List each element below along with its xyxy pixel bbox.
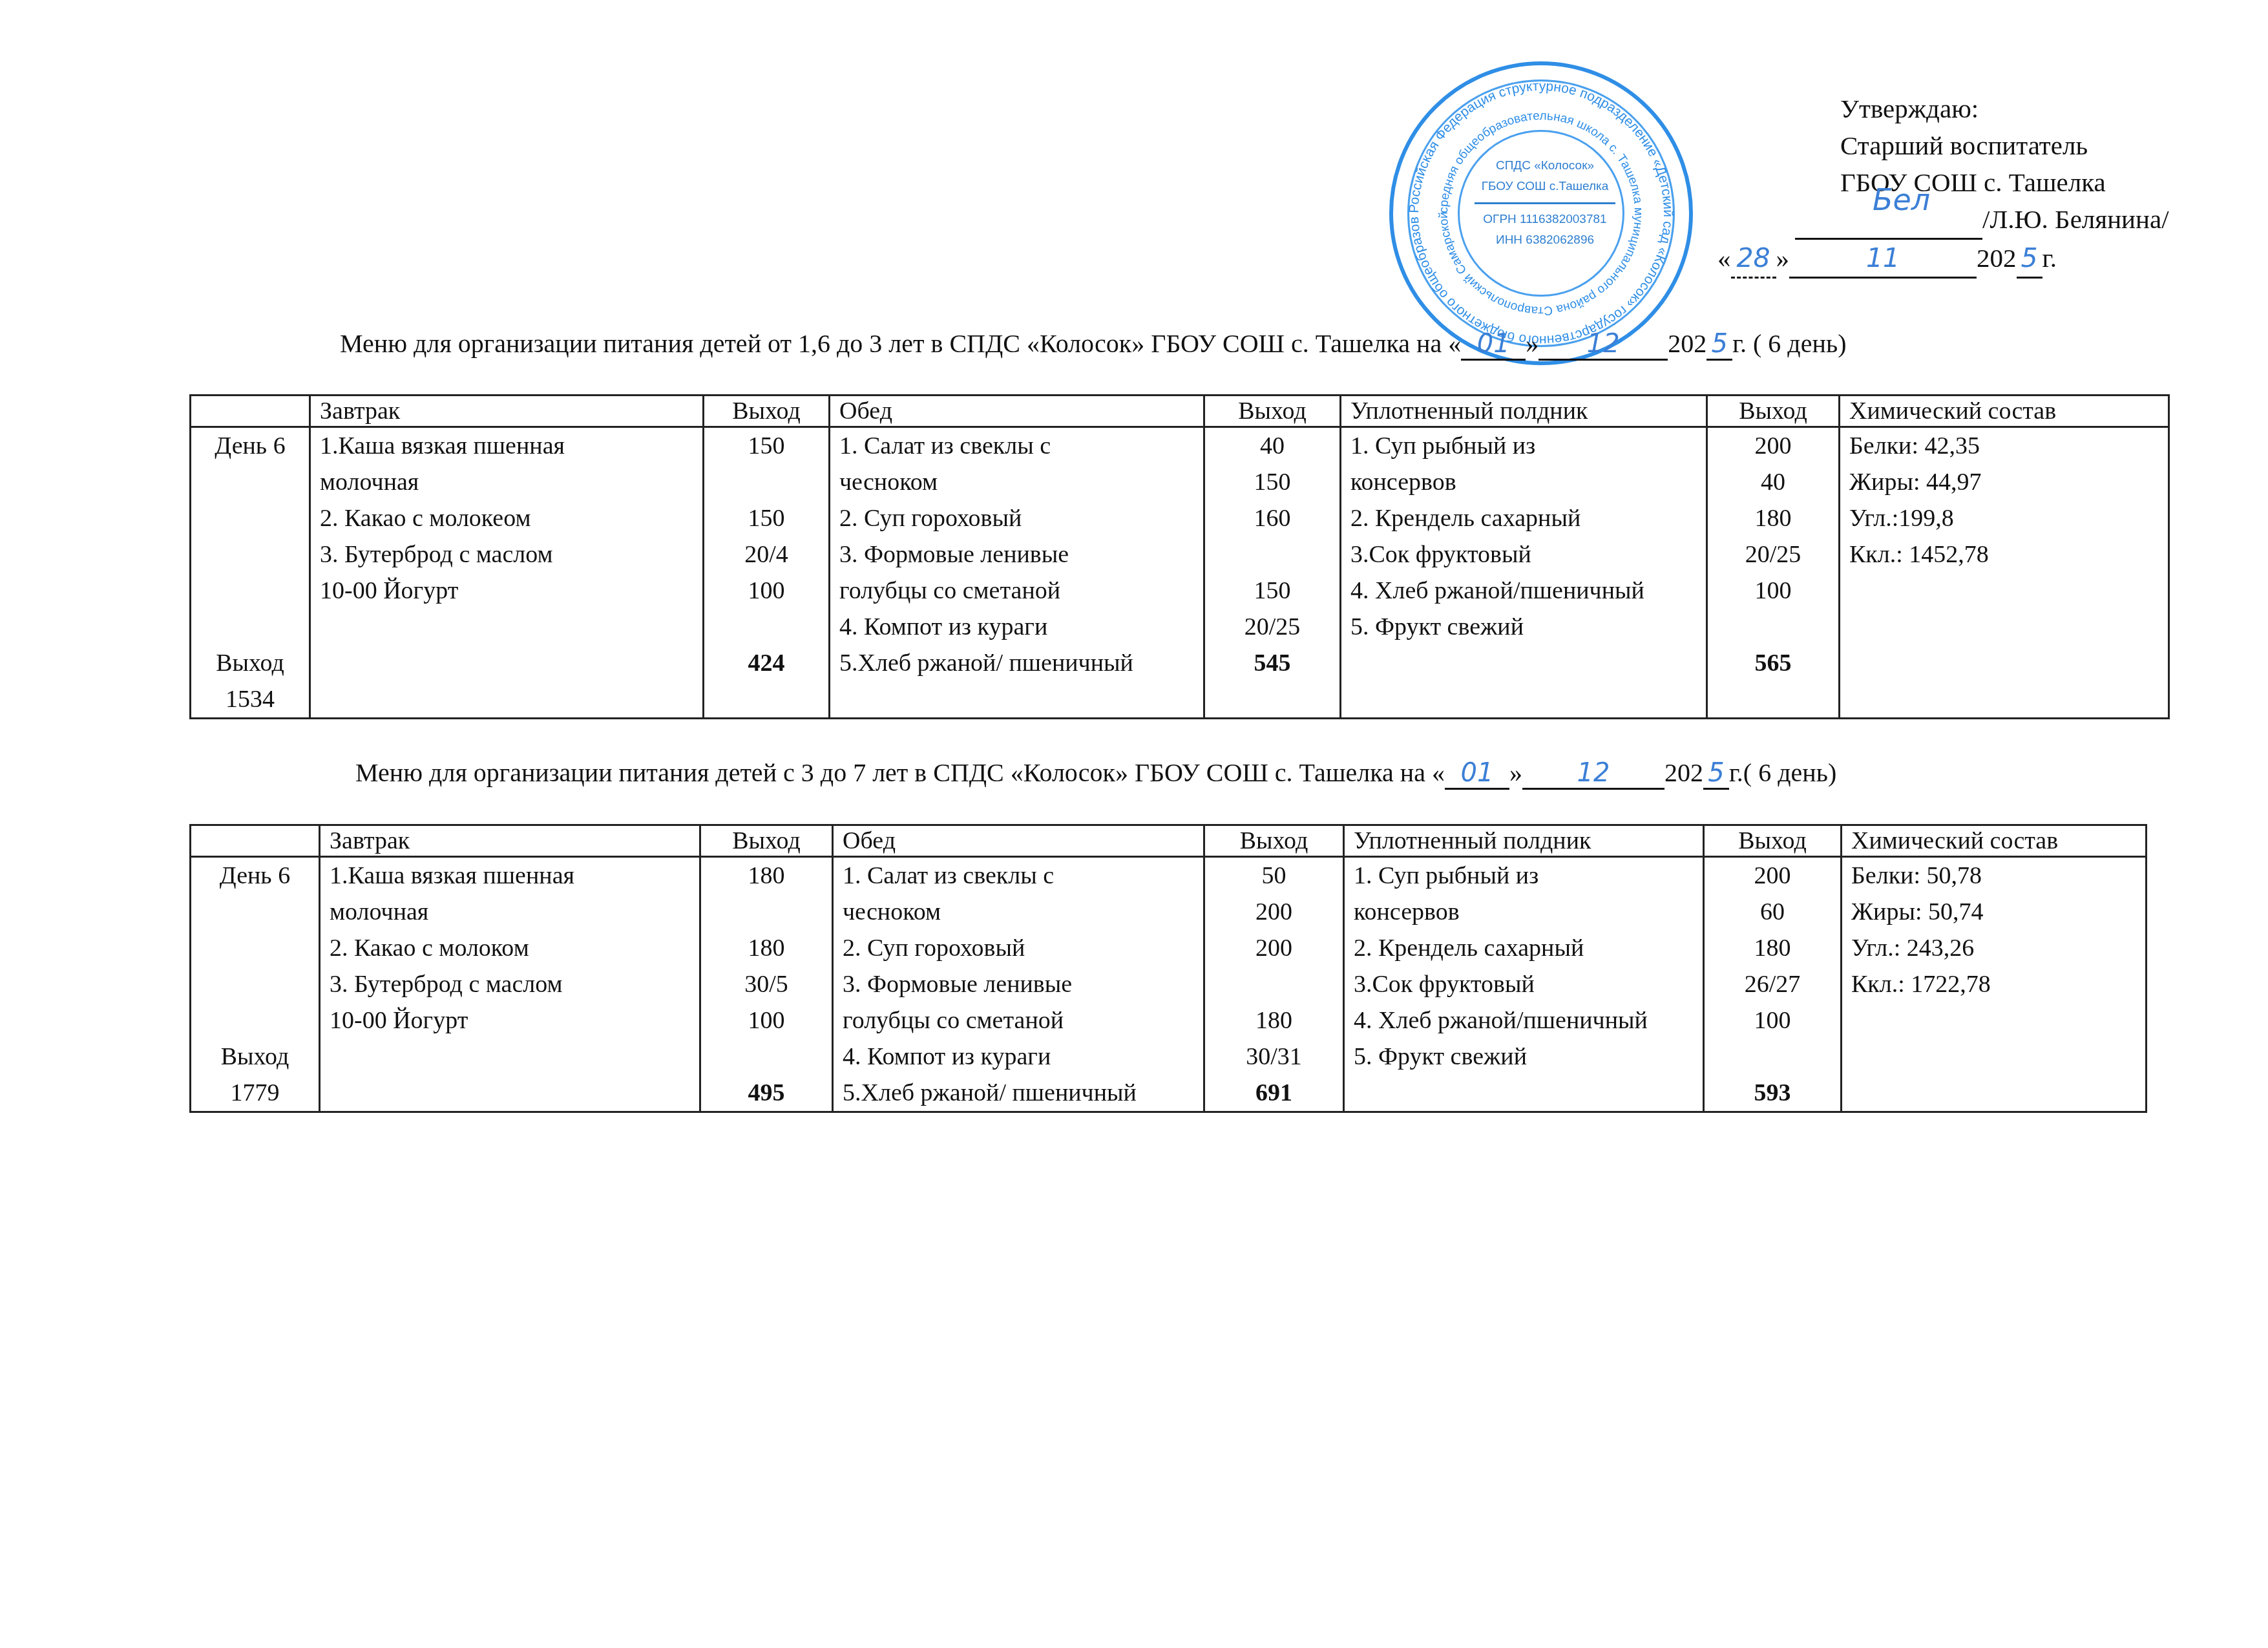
snack-items: 1. Суп рыбный изконсервов2. Крендель сах… <box>1344 857 1704 1112</box>
cell-line: 2. Крендель сахарный <box>1350 500 1697 536</box>
cell-line <box>713 681 819 717</box>
cell-line: 2. Суп гороховый <box>843 930 1194 966</box>
cell-line <box>1214 681 1330 717</box>
menu-table-1: Завтрак Выход Обед Выход Уплотненный пол… <box>189 394 2170 719</box>
cell-line <box>710 894 823 930</box>
cell-line: 3. Формовые ленивые <box>843 966 1194 1002</box>
cell-line: 20/4 <box>713 536 819 573</box>
cell-line: 180 <box>710 858 823 894</box>
cell-line <box>330 1039 690 1075</box>
menu-date-month: 12 <box>1538 329 1668 361</box>
cell-line <box>713 464 819 500</box>
cell-line: молочная <box>320 464 693 500</box>
cell-line: Жиры: 44,97 <box>1849 464 2159 500</box>
cell-line <box>710 1039 823 1075</box>
cell-line: 495 <box>710 1075 823 1111</box>
menu-title-suffix: г.( 6 день) <box>1729 758 1836 787</box>
cell-line: Ккл.: 1452,78 <box>1849 536 2159 573</box>
chemical-composition: Белки: 50,78Жиры: 50,74Угл.: 243,26Ккл.:… <box>1842 857 2147 1112</box>
cell-line: 3. Бутерброд с маслом <box>320 536 693 573</box>
cell-line <box>713 609 819 645</box>
cell-line <box>1849 609 2159 645</box>
cell-line: 180 <box>1717 500 1829 536</box>
menu-year-digit: 5 <box>1706 329 1732 361</box>
breakfast-outputs: 180 18030/5100 495 <box>700 857 833 1112</box>
date-quote-close: » <box>1526 329 1538 358</box>
cell-line: 180 <box>1714 930 1831 966</box>
menu-date-day: 01 <box>1445 758 1509 790</box>
stamp-org-name: СПДС «Колосок» <box>1471 156 1619 176</box>
day-label: День 6 <box>200 428 300 464</box>
cell-line: 1.Каша вязкая пшенная <box>330 858 690 894</box>
menu-title-suffix: г. ( 6 день) <box>1732 329 1846 358</box>
cell-line <box>1849 573 2159 609</box>
signature-field: Бел <box>1795 201 1982 240</box>
header-snack: Уплотненный полдник <box>1341 396 1707 427</box>
cell-line: 40 <box>1717 464 1829 500</box>
header-chemical-composition: Химический состав <box>1840 396 2169 427</box>
stamp-center: СПДС «Колосок» ГБОУ СОШ с.Ташелка ОГРН 1… <box>1471 156 1619 251</box>
breakfast-items: 1.Каша вязкая пшеннаямолочная2. Какао с … <box>310 427 704 719</box>
cell-line: 180 <box>710 930 823 966</box>
menu-date-day: 01 <box>1461 329 1526 361</box>
menu-date-month: 12 <box>1522 758 1664 790</box>
header-breakfast: Завтрак <box>310 396 704 427</box>
cell-line: 565 <box>1717 645 1829 681</box>
cell-line <box>1214 966 1334 1002</box>
cell-line <box>1851 1075 2136 1111</box>
cell-line: 1. Суп рыбный из <box>1350 428 1697 464</box>
handwritten-signature: Бел <box>1873 182 1930 218</box>
menu-title-2: Меню для организации питания детей с 3 д… <box>355 757 1836 790</box>
cell-line: 1.Каша вязкая пшенная <box>320 428 693 464</box>
cell-line: 200 <box>1714 858 1831 894</box>
total-value: 1779 <box>200 1075 310 1111</box>
cell-line <box>330 1075 690 1111</box>
header-lunch-output: Выход <box>1204 825 1344 857</box>
header-lunch: Обед <box>830 396 1204 427</box>
header-chemical-composition: Химический состав <box>1842 825 2147 857</box>
table-row: День 6 Выход 1534 1.Каша вязкая пшеннаям… <box>191 427 2169 719</box>
cell-line: 40 <box>1214 428 1330 464</box>
cell-line: 100 <box>1717 573 1829 609</box>
header-day <box>191 825 320 857</box>
cell-line: Угл.:199,8 <box>1849 500 2159 536</box>
stamp-inn: ИНН 6382062896 <box>1471 230 1619 251</box>
lunch-outputs: 40150160 15020/25545 <box>1204 427 1341 719</box>
breakfast-outputs: 150 15020/4100 424 <box>704 427 830 719</box>
date-quote-close: » <box>1776 243 1790 273</box>
cell-line: 60 <box>1714 894 1831 930</box>
approver-position: Старший воспитатель <box>1840 127 2169 164</box>
cell-line <box>320 645 693 681</box>
menu-year-digit: 5 <box>1703 758 1729 790</box>
header-breakfast: Завтрак <box>320 825 700 857</box>
menu-table-2: Завтрак Выход Обед Выход Уплотненный пол… <box>189 824 2147 1113</box>
snack-items: 1. Суп рыбный изконсервов2. Крендель сах… <box>1341 427 1707 719</box>
cell-line: Ккл.: 1722,78 <box>1851 966 2136 1002</box>
cell-line: 1. Салат из свеклы с <box>843 858 1194 894</box>
header-lunch-output: Выход <box>1204 396 1341 427</box>
cell-line: 1. Суп рыбный из <box>1354 858 1694 894</box>
day-cell: День 6 Выход 1779 <box>191 857 320 1112</box>
cell-line: 3.Сок фруктовый <box>1350 536 1697 573</box>
cell-line: 5. Фрукт свежий <box>1350 609 1697 645</box>
cell-line: 100 <box>713 573 819 609</box>
cell-line <box>1214 536 1330 573</box>
cell-line: 2. Суп гороховый <box>839 500 1194 536</box>
cell-line <box>1851 1039 2136 1075</box>
cell-line: 4. Хлеб ржаной/пшеничный <box>1354 1002 1694 1039</box>
cell-line: 150 <box>1214 573 1330 609</box>
cell-line: 10-00 Йогурт <box>320 573 693 609</box>
cell-line: 150 <box>713 500 819 536</box>
cell-line: 3. Бутерброд с маслом <box>330 966 690 1002</box>
cell-line <box>839 681 1194 717</box>
cell-line: 1. Салат из свеклы с <box>839 428 1194 464</box>
stamp-school-name: ГБОУ СОШ с.Ташелка <box>1471 176 1619 197</box>
cell-line: Белки: 50,78 <box>1851 858 2136 894</box>
table-header-row: Завтрак Выход Обед Выход Уплотненный пол… <box>191 825 2147 857</box>
cell-line: 5.Хлеб ржаной/ пшеничный <box>843 1075 1194 1111</box>
cell-line: 180 <box>1214 1002 1334 1039</box>
approval-date-day: 28 <box>1731 240 1776 279</box>
cell-line: чесноком <box>839 464 1194 500</box>
cell-line: 150 <box>1214 464 1330 500</box>
cell-line: консервов <box>1354 894 1694 930</box>
snack-outputs: 2006018026/27100 593 <box>1704 857 1842 1112</box>
cell-line: 200 <box>1717 428 1829 464</box>
cell-line: Угл.: 243,26 <box>1851 930 2136 966</box>
cell-line: 2. Какао с молоком <box>330 930 690 966</box>
cell-line: 150 <box>713 428 819 464</box>
cell-line: 4. Компот из кураги <box>839 609 1194 645</box>
approval-date-month: 11 <box>1789 240 1977 279</box>
menu-title-text: Меню для организации питания детей от 1,… <box>340 329 1461 358</box>
lunch-outputs: 50200200 18030/31691 <box>1204 857 1344 1112</box>
cell-line <box>1354 1075 1694 1111</box>
menu-title-text: Меню для организации питания детей с 3 д… <box>355 758 1445 787</box>
cell-line <box>1851 1002 2136 1039</box>
menu-year-prefix: 202 <box>1664 758 1703 787</box>
day-label: День 6 <box>200 858 310 894</box>
cell-line: Белки: 42,35 <box>1849 428 2159 464</box>
cell-line: 26/27 <box>1714 966 1831 1002</box>
signatory-name: /Л.Ю. Белянина/ <box>1982 204 2169 234</box>
lunch-items: 1. Салат из свеклы счесноком2. Суп горох… <box>833 857 1204 1112</box>
cell-line <box>1350 645 1697 681</box>
cell-line: 20/25 <box>1214 609 1330 645</box>
cell-line: 100 <box>710 1002 823 1039</box>
cell-line: 5.Хлеб ржаной/ пшеничный <box>839 645 1194 681</box>
header-day <box>191 396 310 427</box>
breakfast-items: 1.Каша вязкая пшеннаямолочная2. Какао с … <box>320 857 700 1112</box>
cell-line <box>320 609 693 645</box>
chemical-composition: Белки: 42,35Жиры: 44,97Угл.:199,8Ккл.: 1… <box>1840 427 2169 719</box>
day-cell: День 6 Выход 1534 <box>191 427 310 719</box>
snack-outputs: 2004018020/25100 565 <box>1707 427 1840 719</box>
stamp-ogrn: ОГРН 1116382003781 <box>1471 209 1619 230</box>
cell-line: молочная <box>330 894 690 930</box>
cell-line <box>320 681 693 717</box>
stamp-divider <box>1475 202 1615 204</box>
cell-line: 593 <box>1714 1075 1831 1111</box>
cell-line: 545 <box>1214 645 1330 681</box>
header-snack-output: Выход <box>1707 396 1840 427</box>
date-quote-close: » <box>1509 758 1522 787</box>
cell-line: 50 <box>1214 858 1334 894</box>
cell-line <box>1849 645 2159 681</box>
header-snack-output: Выход <box>1704 825 1842 857</box>
approval-year-prefix: 202 <box>1977 243 2017 273</box>
cell-line <box>1849 681 2159 717</box>
approval-date: «28»112025г. <box>1717 240 2169 279</box>
total-label: Выход <box>200 1039 310 1075</box>
cell-line: Жиры: 50,74 <box>1851 894 2136 930</box>
cell-line: 5. Фрукт свежий <box>1354 1039 1694 1075</box>
cell-line: голубцы со сметаной <box>843 1002 1194 1039</box>
table-row: День 6 Выход 1779 1.Каша вязкая пшеннаям… <box>191 857 2147 1112</box>
approval-year-digit: 5 <box>2017 240 2042 279</box>
header-lunch: Обед <box>833 825 1204 857</box>
cell-line: 4. Компот из кураги <box>843 1039 1194 1075</box>
cell-line: голубцы со сметаной <box>839 573 1194 609</box>
header-snack: Уплотненный полдник <box>1344 825 1704 857</box>
cell-line: 200 <box>1214 894 1334 930</box>
cell-line: чесноком <box>843 894 1194 930</box>
cell-line: 3.Сок фруктовый <box>1354 966 1694 1002</box>
signature-line: Бел /Л.Ю. Белянина/ <box>1795 201 2169 240</box>
cell-line: 100 <box>1714 1002 1831 1039</box>
header-breakfast-output: Выход <box>704 396 830 427</box>
total-value: 1534 <box>200 681 300 717</box>
header-breakfast-output: Выход <box>700 825 833 857</box>
cell-line: 4. Хлеб ржаной/пшеничный <box>1350 573 1697 609</box>
cell-line: 10-00 Йогурт <box>330 1002 690 1039</box>
cell-line: 424 <box>713 645 819 681</box>
total-label: Выход <box>200 645 300 681</box>
cell-line: 30/5 <box>710 966 823 1002</box>
menu-year-prefix: 202 <box>1668 329 1706 358</box>
cell-line: 3. Формовые ленивые <box>839 536 1194 573</box>
cell-line: 200 <box>1214 930 1334 966</box>
date-quote-open: « <box>1717 243 1731 273</box>
cell-line <box>1714 1039 1831 1075</box>
cell-line <box>1717 609 1829 645</box>
lunch-items: 1. Салат из свеклы счесноком2. Суп горох… <box>830 427 1204 719</box>
approval-date-suffix: г. <box>2042 243 2057 273</box>
cell-line: 30/31 <box>1214 1039 1334 1075</box>
approval-heading: Утверждаю: <box>1840 90 2169 127</box>
approval-block: Утверждаю: Старший воспитатель ГБОУ СОШ … <box>1840 90 2169 279</box>
table-header-row: Завтрак Выход Обед Выход Уплотненный пол… <box>191 396 2169 427</box>
cell-line <box>1717 681 1829 717</box>
cell-line: 160 <box>1214 500 1330 536</box>
cell-line: 20/25 <box>1717 536 1829 573</box>
cell-line: консервов <box>1350 464 1697 500</box>
cell-line: 2. Крендель сахарный <box>1354 930 1694 966</box>
official-stamp: Российская Федерация структурное подразд… <box>1389 61 1693 365</box>
cell-line: 691 <box>1214 1075 1334 1111</box>
cell-line: 2. Какао с молокеом <box>320 500 693 536</box>
menu-title-1: Меню для организации питания детей от 1,… <box>340 328 1846 361</box>
cell-line <box>1350 681 1697 717</box>
